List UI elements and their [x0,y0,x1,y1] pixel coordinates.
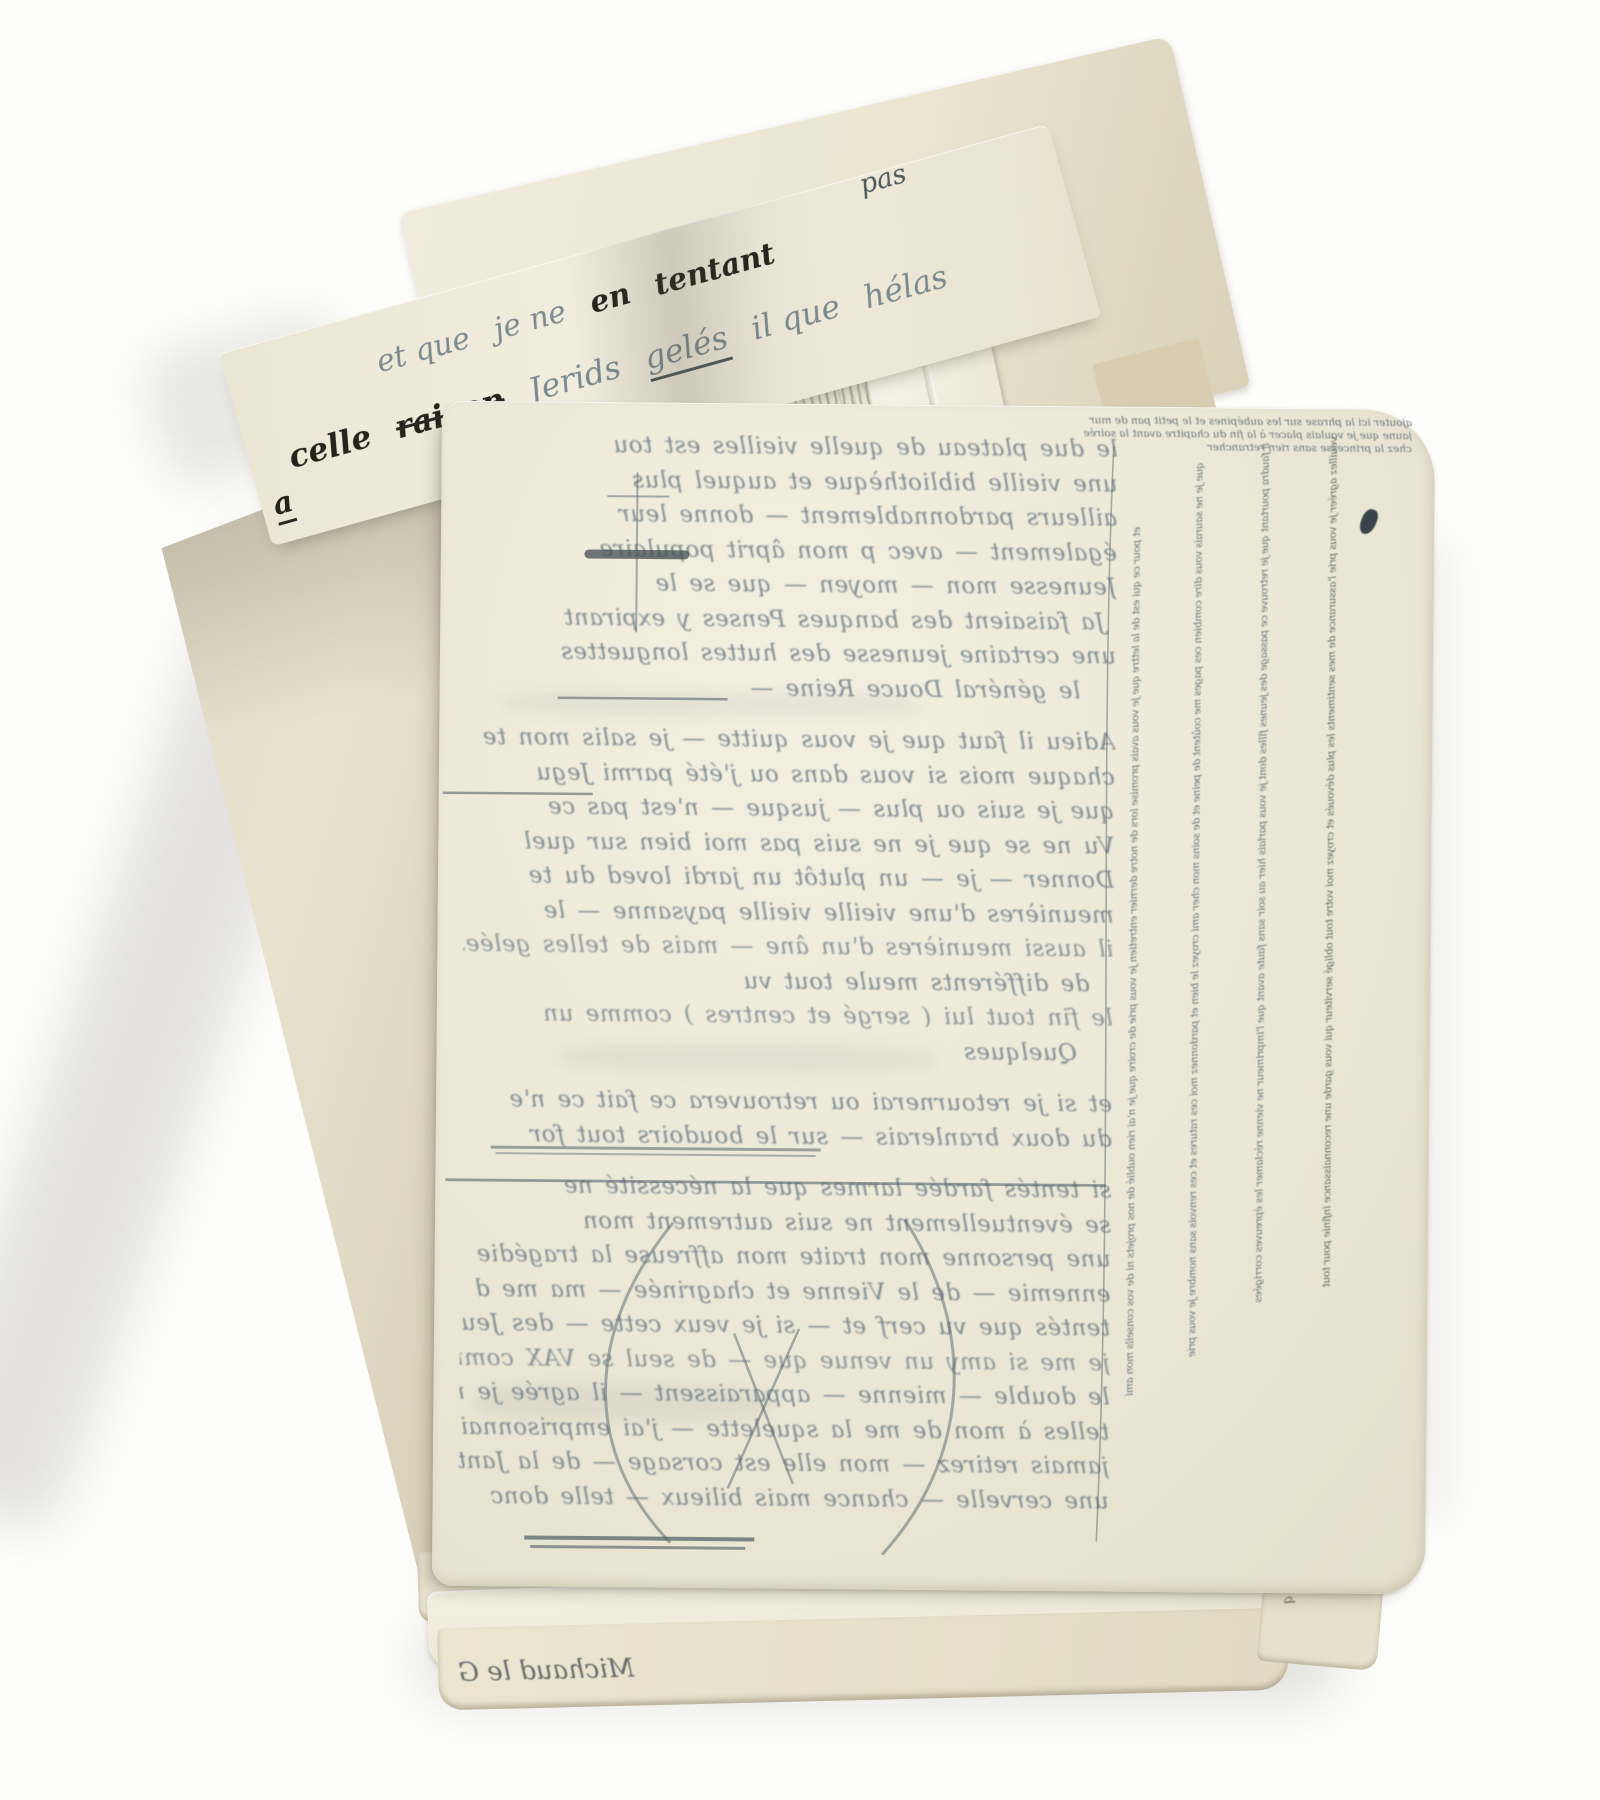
handwriting-word: je ne [490,294,570,347]
handwriting-word: gelés [640,318,733,382]
manuscript-photograph: queuereu ˆ · ˆ GelaN'aug vousDe cet oSur… [0,0,1600,1800]
handwriting-word: tentant [650,236,779,303]
edge-handwriting: Michaud le G [458,1654,635,1688]
main-page: le due plateau de quelle vieilles est to… [432,401,1435,1595]
handwriting-word: celle [284,417,376,476]
handwriting-word: il que [747,287,845,348]
handwriting-word: Jerids [524,348,625,410]
handwriting-word: en [586,276,635,321]
handwriting-word: a [269,484,298,526]
revision-marks [432,401,1435,1595]
handwriting-word: et que [373,321,475,380]
handwriting-word: hélas [859,257,951,316]
